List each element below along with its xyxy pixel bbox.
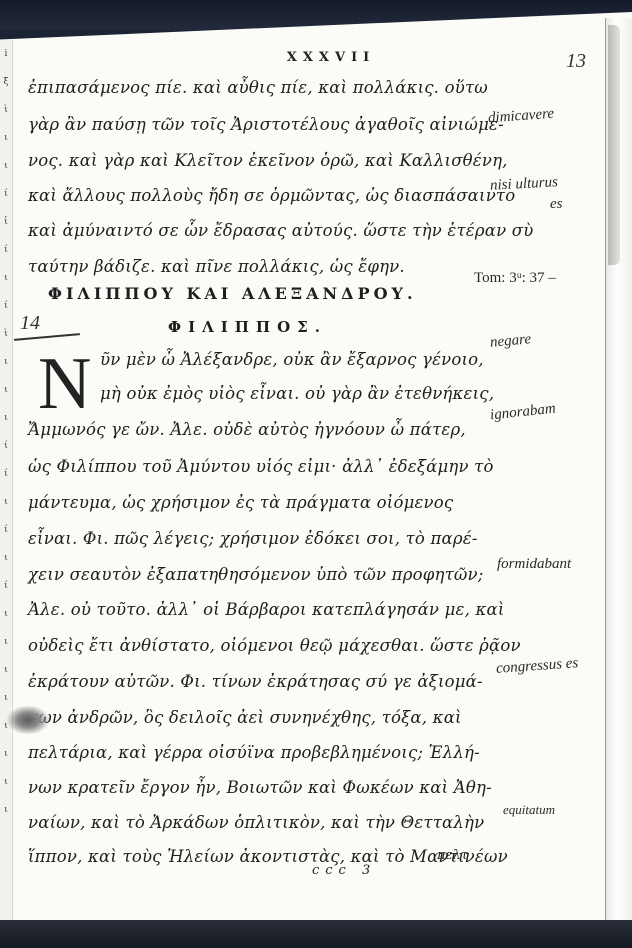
- text-line-content: γὰρ ἂν παύσῃ τῶν τοῖς Ἀριστοτέλους ἀγαθο…: [28, 115, 504, 134]
- adjacent-page-fragment: ι: [0, 376, 12, 404]
- text-line: χων ἀνδρῶν, ὃς δειλοῖς ἀεὶ συνηνέχθης, τ…: [28, 708, 462, 727]
- speaker-heading: ΦΙΛΙΠΠΟΣ.: [168, 318, 327, 336]
- adjacent-page-fragment: ί: [0, 516, 12, 544]
- text-line: ἐκράτουν αὐτῶν. Φι. τίνων ἐκράτησας σύ γ…: [28, 672, 483, 691]
- adjacent-page-fragment: ί: [0, 292, 12, 320]
- text-line: ἵππον, καὶ τοὺς Ἠλείων ἀκοντιστὰς, καὶ τ…: [28, 847, 508, 866]
- text-line: ὡς Φιλίππου τοῦ Ἀμύντου υἱός εἰμι· ἀλλ᾽ …: [28, 457, 494, 476]
- text-line: νων κρατεῖν ἔργον ἦν, Βοιωτῶν καὶ Φωκέων…: [28, 778, 492, 797]
- adjacent-page-fragment: ί: [0, 460, 12, 488]
- dialogue-title: ΦΙΛΙΠΠΟΥ ΚΑΙ ΑΛΕΞΑΝΔΡΟΥ.: [48, 284, 417, 303]
- text-line: ῦν μὲν ὦ Ἀλέξανδρε, οὐκ ἂν ἔξαρνος γένοι…: [100, 350, 484, 369]
- text-line: μάντευμα, ὡς χρήσιμον ἐς τὰ πράγματα οἰό…: [28, 493, 453, 512]
- marginal-note: negare: [489, 331, 531, 352]
- adjacent-page-fragment: ι: [0, 768, 12, 796]
- text-line: χειν σεαυτὸν ἐξαπατηθησόμενον ὑπὸ τῶν πρ…: [28, 565, 484, 584]
- text-line: πελτάρια, καὶ γέρρα οἰσύϊνα προβεβλημένο…: [28, 743, 480, 762]
- catchword: πελτ: [437, 848, 468, 863]
- scanner-background-bottom: [0, 920, 632, 948]
- handwritten-folio-number: 13: [566, 50, 586, 73]
- text-line: καὶ ἄλλους πολλοὺς ἤδη σε ὁρμῶντας, ὡς δ…: [28, 186, 515, 205]
- adjacent-page-fragment: ί: [0, 432, 12, 460]
- adjacent-page-fragment: ι: [0, 796, 12, 824]
- adjacent-page-fragment: ί: [0, 180, 12, 208]
- marginal-note: nisi ulturus: [490, 174, 559, 195]
- marginal-note: es: [550, 196, 563, 213]
- adjacent-page-fragment: ι: [0, 628, 12, 656]
- text-line: μὴ οὐκ ἐμὸς υἱὸς εἶναι. οὐ γὰρ ἂν ἐτεθνή…: [100, 384, 494, 403]
- adjacent-page-fragment: ι: [0, 600, 12, 628]
- text-line: καὶ ἀμύναιντό σε ὧν ἔδρασας αὐτούς. ὥστε…: [28, 221, 533, 240]
- marginal-note: equitatum: [503, 802, 555, 818]
- adjacent-page-fragment: ι: [0, 404, 12, 432]
- marginal-note: formidabant: [497, 556, 571, 573]
- text-line: ἐπιπασάμενος πίε. καὶ αὖθις πίε, καὶ πολ…: [28, 78, 488, 97]
- adjacent-page-fragment: ι: [0, 264, 12, 292]
- adjacent-page-fragment: ὶ: [0, 320, 12, 348]
- marginal-note: Tom: 3ᵘ: 37 –: [474, 270, 556, 287]
- adjacent-page-fragment: ι: [0, 348, 12, 376]
- adjacent-page-fragment: ι: [0, 124, 12, 152]
- adjacent-page-fragment: ι: [0, 656, 12, 684]
- text-line: ναίων, καὶ τὸ Ἀρκάδων ὁπλιτικὸν, καὶ τὴν…: [28, 813, 484, 832]
- text-line: γὰρ ἂν παύσῃ τῶν τοῖς Ἀριστοτέλους ἀγαθο…: [28, 115, 504, 134]
- signature-mark: ccc 3: [312, 863, 376, 878]
- adjacent-page-fragment: ἱ: [0, 208, 12, 236]
- adjacent-page-fragment: ξ: [0, 68, 12, 96]
- adjacent-page-fragment: ι: [0, 152, 12, 180]
- text-line: Ἄμμωνός γε ὤν. Ἀλε. οὐδὲ αὐτὸς ἠγνόουν ὦ…: [28, 420, 466, 439]
- adjacent-page-fragment: ι: [0, 544, 12, 572]
- page-header: XXXVII: [0, 50, 632, 65]
- adjacent-page-fragment: ί: [0, 572, 12, 600]
- text-line: οὐδεὶς ἔτι ἀνθίστατο, οἰόμενοι θεῷ μάχεσ…: [28, 636, 521, 655]
- drop-cap: N: [38, 347, 91, 421]
- ink-smudge: [6, 705, 50, 735]
- adjacent-page-fragment: ι: [0, 488, 12, 516]
- marginal-number: 14: [20, 312, 40, 335]
- adjacent-page-strip: iξὶιιίἱίιίὶιιιίίιίιίιιιιιιιι: [0, 40, 13, 930]
- text-line: νος. καὶ γὰρ καὶ Κλεῖτον ἐκεῖνον ὁρῶ, κα…: [28, 151, 508, 170]
- adjacent-page-fragment: ι: [0, 740, 12, 768]
- text-line: Ἀλε. οὐ τοῦτο. ἀλλ᾽ οἱ Βάρβαροι κατεπλάγ…: [28, 600, 505, 619]
- adjacent-page-fragment: ί: [0, 236, 12, 264]
- text-line: εἶναι. Φι. πῶς λέγεις; χρήσιμον ἐδόκει σ…: [28, 529, 478, 548]
- text-line: ταύτην βάδιζε. καὶ πῖνε πολλάκις, ὡς ἔφη…: [28, 257, 405, 276]
- adjacent-page-fragment: ὶ: [0, 96, 12, 124]
